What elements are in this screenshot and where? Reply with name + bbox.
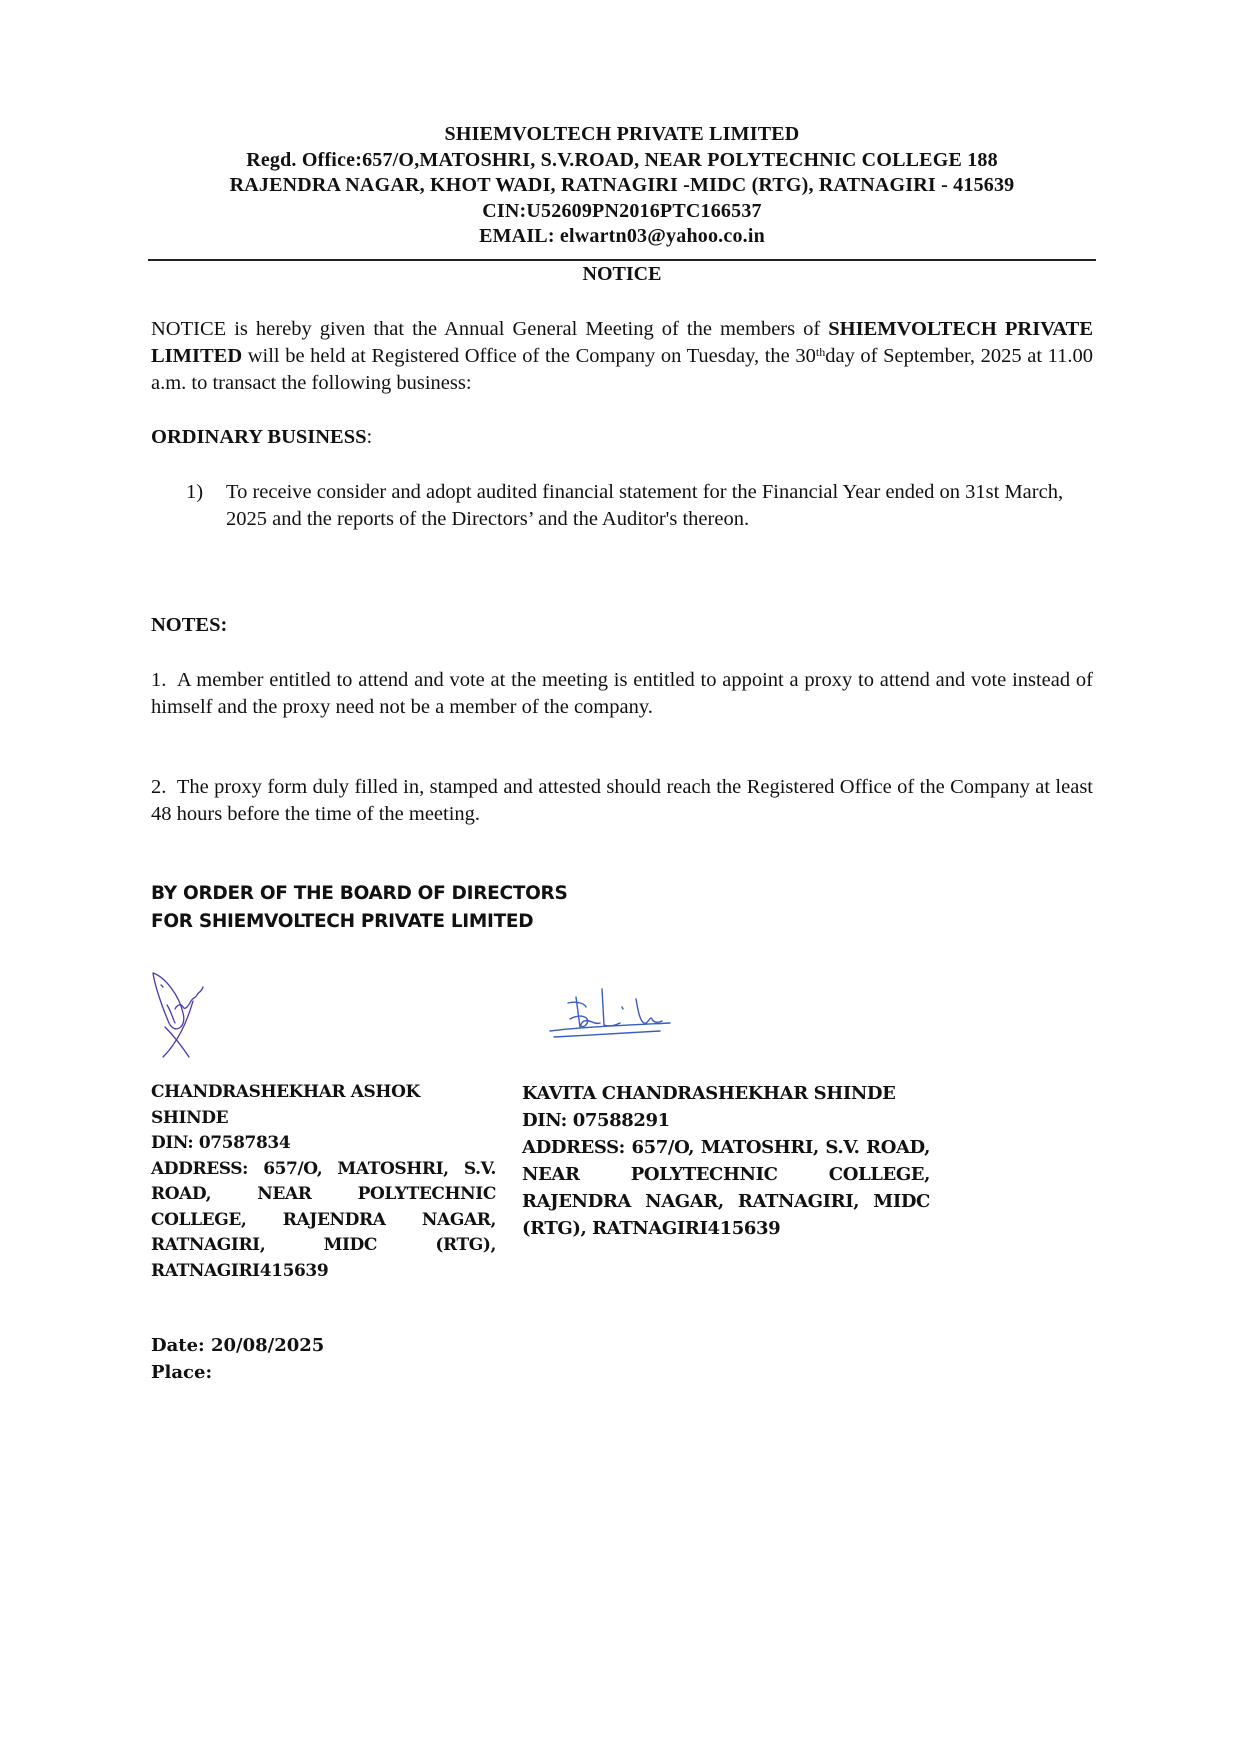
meeting-intro-paragraph: NOTICE is hereby given that the Annual G…: [151, 316, 1093, 397]
notes-heading: NOTES:: [151, 612, 227, 639]
notice-place: Place:: [151, 1359, 324, 1386]
director-1-block: CHANDRASHEKHAR ASHOK SHINDE DIN: 0758783…: [151, 1080, 496, 1284]
director-address: ADDRESS: 657/O, MATOSHRI, S.V. ROAD, NEA…: [151, 1157, 496, 1285]
signature-director-1: [145, 965, 220, 1060]
note-item: 2. The proxy form duly filled in, stampe…: [151, 774, 1093, 828]
director-din: DIN: 07588291: [522, 1107, 930, 1134]
intro-ordinal-suffix: th: [816, 345, 825, 359]
board-order-line: BY ORDER OF THE BOARD OF DIRECTORS: [151, 880, 567, 908]
intro-text-1: NOTICE is hereby given that the Annual G…: [151, 318, 828, 340]
director-2-block: KAVITA CHANDRASHEKHAR SHINDE DIN: 075882…: [522, 1080, 930, 1242]
notice-title: NOTICE: [148, 262, 1096, 287]
company-name: SHIEMVOLTECH PRIVATE LIMITED: [148, 122, 1096, 148]
business-item: 1) To receive consider and adopt audited…: [186, 479, 1093, 533]
business-item-text: To receive consider and adopt audited fi…: [226, 479, 1093, 533]
notice-date: Date: 20/08/2025: [151, 1332, 324, 1359]
registered-office-line1: Regd. Office:657/O,MATOSHRI, S.V.ROAD, N…: [148, 148, 1096, 174]
ordinary-business-colon: :: [367, 426, 373, 448]
company-for-line: FOR SHIEMVOLTECH PRIVATE LIMITED: [151, 908, 567, 936]
signature-director-2: [540, 975, 690, 1050]
ordinary-business-heading: ORDINARY BUSINESS:: [151, 424, 372, 451]
ordinary-business-label: ORDINARY BUSINESS: [151, 426, 367, 448]
notice-page: SHIEMVOLTECH PRIVATE LIMITED Regd. Offic…: [0, 0, 1240, 1755]
registered-office-line2: RAJENDRA NAGAR, KHOT WADI, RATNAGIRI -MI…: [148, 173, 1096, 199]
director-name: KAVITA CHANDRASHEKHAR SHINDE: [522, 1080, 930, 1107]
business-item-number: 1): [186, 479, 226, 533]
company-email: EMAIL: elwartn03@yahoo.co.in: [148, 224, 1096, 250]
letterhead: SHIEMVOLTECH PRIVATE LIMITED Regd. Offic…: [148, 122, 1096, 250]
cin-number: CIN:U52609PN2016PTC166537: [148, 199, 1096, 225]
director-name: CHANDRASHEKHAR ASHOK SHINDE: [151, 1080, 496, 1131]
header-divider: [148, 259, 1096, 261]
director-din: DIN: 07587834: [151, 1131, 496, 1157]
board-order-block: BY ORDER OF THE BOARD OF DIRECTORS FOR S…: [151, 880, 567, 936]
director-address: ADDRESS: 657/O, MATOSHRI, S.V. ROAD, NEA…: [522, 1134, 930, 1242]
intro-text-2: will be held at Registered Office of the…: [242, 345, 816, 367]
date-place-block: Date: 20/08/2025 Place:: [151, 1332, 324, 1386]
note-item: 1. A member entitled to attend and vote …: [151, 667, 1093, 721]
